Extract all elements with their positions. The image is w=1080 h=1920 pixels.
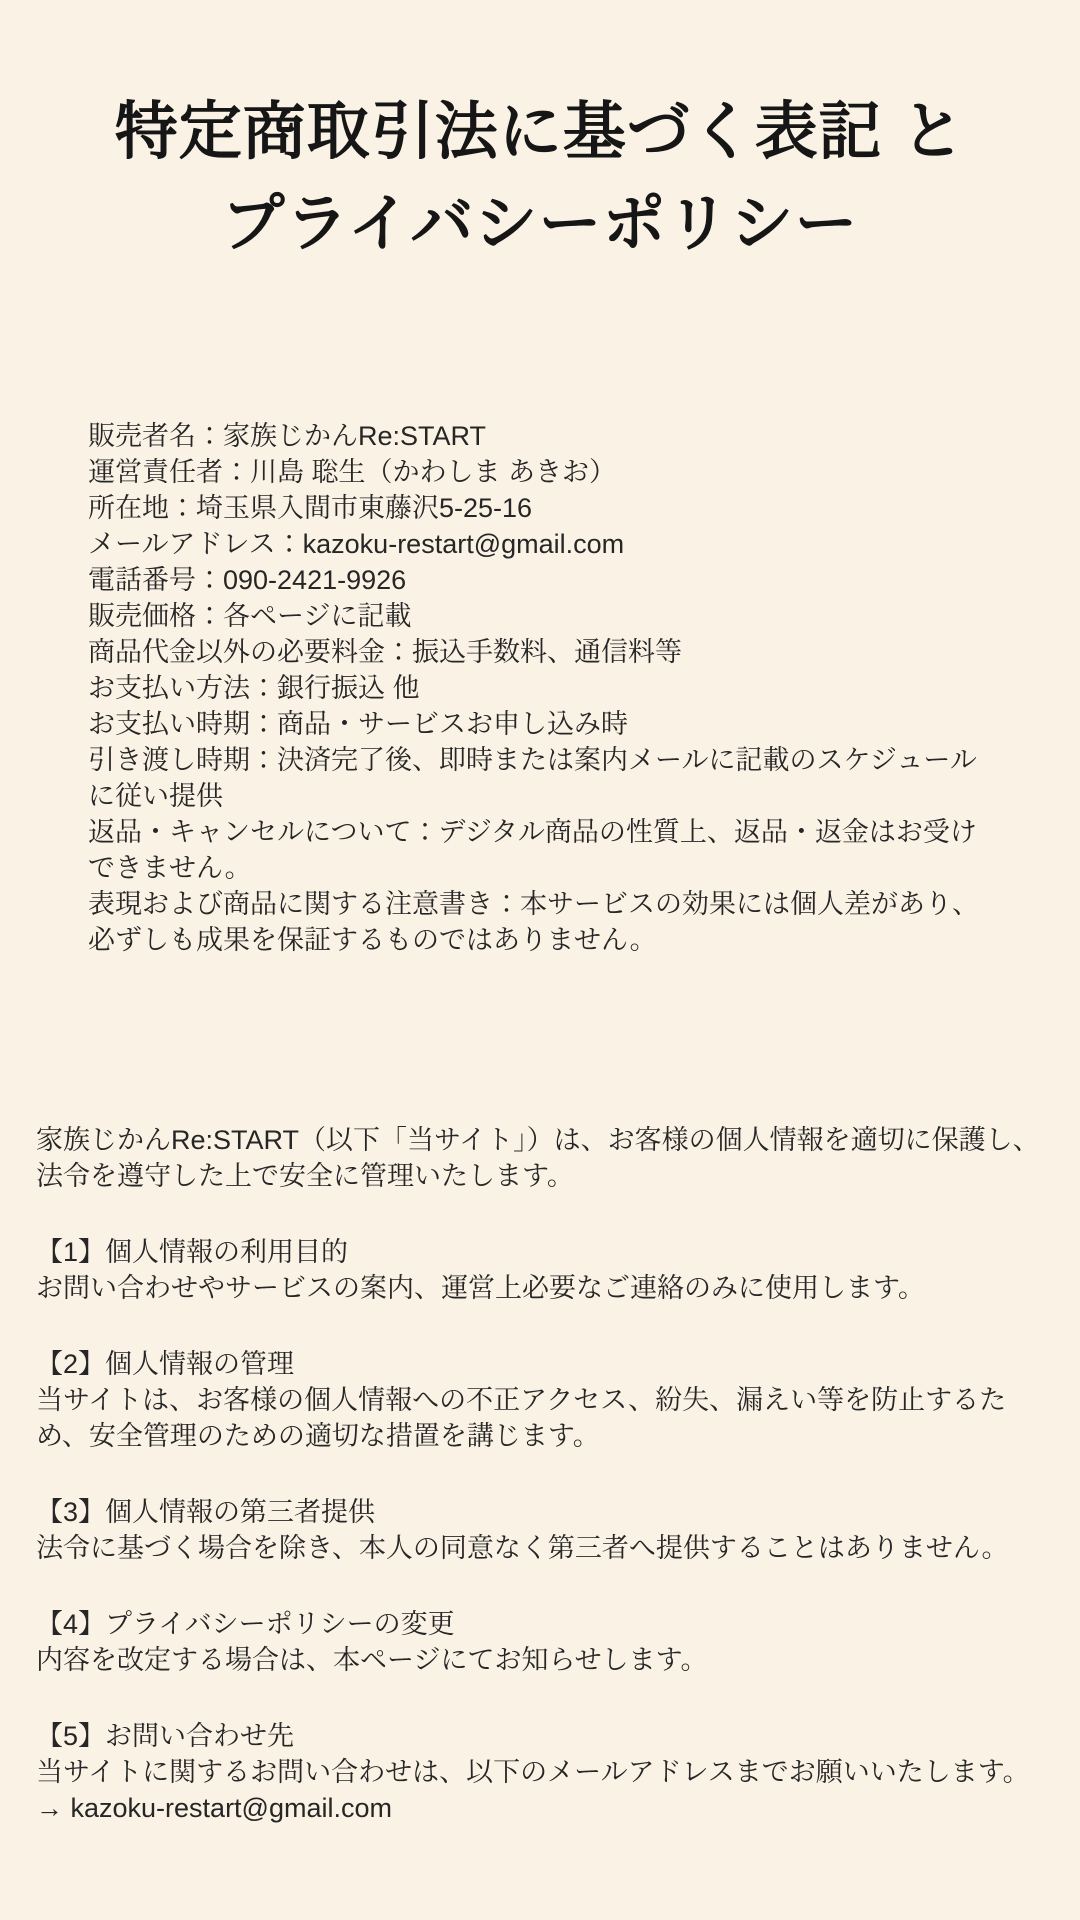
payment-timing: お支払い時期：商品・サービスお申し込み時 <box>88 706 984 742</box>
page-title: 特定商取引法に基づく表記 と プライバシーポリシー <box>0 86 1080 270</box>
phone-number: 電話番号：090-2421-9926 <box>88 562 984 598</box>
privacy-section-5: 【5】お問い合わせ先 当サイトに関するお問い合わせは、以下のメールアドレスまでお… <box>36 1718 1058 1826</box>
privacy-intro: 家族じかんRe:START（以下「当サイト」）は、お客様の個人情報を適切に保護し… <box>36 1122 1058 1194</box>
page-title-line-1: 特定商取引法に基づく表記 と <box>0 86 1080 178</box>
disclaimer-note: 表現および商品に関する注意書き：本サービスの効果には個人差があり、必ずしも成果を… <box>88 886 984 958</box>
delivery-timing: 引き渡し時期：決済完了後、即時または案内メールに記載のスケジュールに従い提供 <box>88 742 984 814</box>
privacy-section-4-body: 内容を改定する場合は、本ページにてお知らせします。 <box>36 1642 1058 1678</box>
return-policy: 返品・キャンセルについて：デジタル商品の性質上、返品・返金はお受けできません。 <box>88 814 984 886</box>
privacy-section-4-heading: 【4】プライバシーポリシーの変更 <box>36 1606 1058 1642</box>
privacy-section-1-body: お問い合わせやサービスの案内、運営上必要なご連絡のみに使用します。 <box>36 1270 1058 1306</box>
privacy-section-1: 【1】個人情報の利用目的 お問い合わせやサービスの案内、運営上必要なご連絡のみに… <box>36 1234 1058 1306</box>
privacy-policy-section: 家族じかんRe:START（以下「当サイト」）は、お客様の個人情報を適切に保護し… <box>36 1122 1058 1826</box>
tokushoho-section: 販売者名：家族じかんRe:START 運営責任者：川島 聡生（かわしま あきお）… <box>88 418 984 958</box>
privacy-section-2-heading: 【2】個人情報の管理 <box>36 1346 1058 1382</box>
seller-name: 販売者名：家族じかんRe:START <box>88 418 984 454</box>
privacy-section-3-heading: 【3】個人情報の第三者提供 <box>36 1494 1058 1530</box>
privacy-section-3-body: 法令に基づく場合を除き、本人の同意なく第三者へ提供することはありません。 <box>36 1530 1058 1566</box>
privacy-section-2: 【2】個人情報の管理 当サイトは、お客様の個人情報への不正アクセス、紛失、漏えい… <box>36 1346 1058 1454</box>
privacy-section-5-body: 当サイトに関するお問い合わせは、以下のメールアドレスまでお願いいたします。 <box>36 1754 1058 1790</box>
payment-method: お支払い方法：銀行振込 他 <box>88 670 984 706</box>
privacy-section-4: 【4】プライバシーポリシーの変更 内容を改定する場合は、本ページにてお知らせしま… <box>36 1606 1058 1678</box>
privacy-section-3: 【3】個人情報の第三者提供 法令に基づく場合を除き、本人の同意なく第三者へ提供す… <box>36 1494 1058 1566</box>
page-title-line-2: プライバシーポリシー <box>0 178 1080 270</box>
address: 所在地：埼玉県入間市東藤沢5-25-16 <box>88 490 984 526</box>
privacy-section-5-heading: 【5】お問い合わせ先 <box>36 1718 1058 1754</box>
additional-fees: 商品代金以外の必要料金：振込手数料、通信料等 <box>88 634 984 670</box>
privacy-section-1-heading: 【1】個人情報の利用目的 <box>36 1234 1058 1270</box>
privacy-section-2-body: 当サイトは、お客様の個人情報への不正アクセス、紛失、漏えい等を防止するため、安全… <box>36 1382 1058 1454</box>
contact-email: → kazoku-restart@gmail.com <box>36 1790 1058 1826</box>
email-address: メールアドレス：kazoku-restart@gmail.com <box>88 526 984 562</box>
operation-manager: 運営責任者：川島 聡生（かわしま あきお） <box>88 454 984 490</box>
sales-price: 販売価格：各ページに記載 <box>88 598 984 634</box>
legal-notice-page: 特定商取引法に基づく表記 と プライバシーポリシー 販売者名：家族じかんRe:S… <box>0 0 1080 1920</box>
